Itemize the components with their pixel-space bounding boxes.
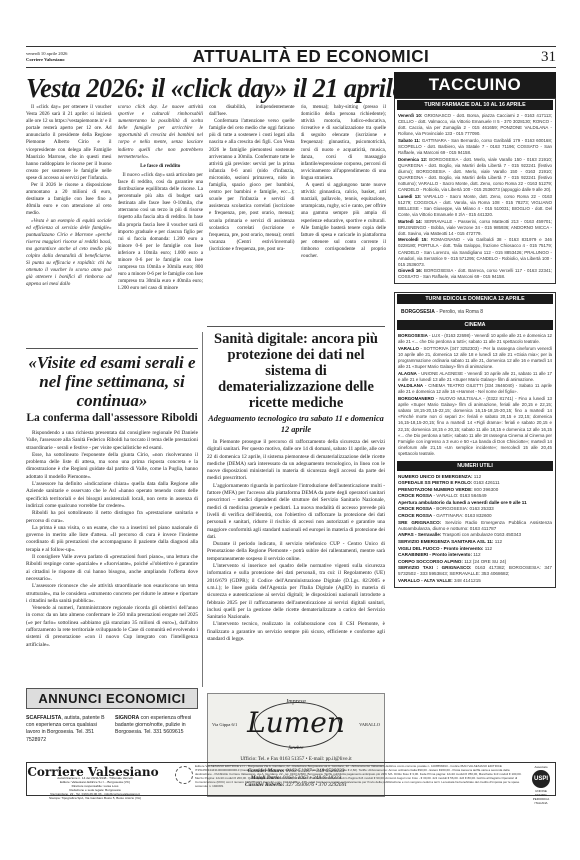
paragraph: Il nuovo «click day» sarà articolato per…: [118, 172, 204, 289]
paper-name: Corriere Valsesiano: [26, 57, 65, 62]
postage-seal-icon: [175, 766, 193, 784]
taccuino-sidebar: TACCUINO TURNI FARMACIE DAL 10 AL 16 APR…: [394, 72, 556, 588]
farmacie-box: TURNI FARMACIE DAL 10 AL 16 APRILE Vener…: [394, 98, 556, 284]
numero-label: SERVIZIO EMERGENZA SANITARIA ASL 11:: [398, 539, 493, 544]
cinema-town: VARALLO: [398, 346, 419, 351]
cinema-town: BORGOMANERO: [398, 396, 434, 401]
column-divider: [202, 332, 203, 687]
edicola-town: BORGOSESIA: [401, 309, 435, 315]
numero-value: - GATTINARA: 0163 832600: [432, 513, 491, 518]
day-label: Mercoledì 15:: [398, 237, 428, 242]
numero-value: 348 4141215: [453, 578, 481, 583]
numero-label: CARABINIERI - Pronto intervento:: [398, 552, 472, 557]
article-riboldi-subheadline: La conferma dall'assessore Riboldi: [26, 412, 198, 424]
ad-keyword: SCAFFALISTA: [26, 715, 61, 721]
edicola-text: - Perolio, via Roma 8: [435, 309, 483, 315]
paragraph: Durante il periodo indicato, il servizio…: [207, 541, 385, 563]
day-label: Martedì 14:: [398, 219, 422, 224]
numero-entry: Apertura ambulatorio da lunedì a venerdì…: [398, 500, 552, 506]
edicole-cinema-numeri-box: TURNI EDICOLE DOMENICA 12 APRILE BORGOSE…: [394, 292, 556, 588]
paragraph: Confermata l'attenzione verso quelle fam…: [209, 118, 295, 253]
annunci-list: SCAFFALISTA, autista, patente B con espe…: [26, 715, 198, 744]
numero-entry: NUMERO UNICO DI EMERGENZA: 112: [398, 474, 552, 480]
numero-value: 112: [493, 539, 502, 544]
badge-caption: UNIONE STAMPA PERIODICA ITALIANA: [530, 789, 552, 805]
farmacia-day: Giovedì 16: BORGOSESIA - dott. Barreca, …: [398, 268, 552, 280]
numero-label: SRE GRIGNASCO:: [398, 520, 441, 525]
annunci-economici: ANNUNCI ECONOMICI SCAFFALISTA, autista, …: [26, 688, 198, 744]
numero-label: CORPO SOCCORSO ALPINO:: [398, 559, 463, 564]
classified-ad: SIGNORA con esperienza offresi badante g…: [115, 715, 198, 744]
numero-entry: CROCE ROSSA - GATTINARA: 0163 832600: [398, 513, 552, 519]
day-text: GRIGNASCO - dott. Borsa, piazza Cacciami…: [398, 113, 552, 136]
numero-entry: ANPAS - Serravalle: Trasporti con ambula…: [398, 532, 552, 538]
numero-entry: PRENOTAZIONI NUMERO VERDE: 800 396300: [398, 487, 552, 493]
numero-label: NUMERO UNICO DI EMERGENZA:: [398, 474, 473, 479]
numero-value: Trasporti con ambulanze 0163 450343: [441, 532, 521, 537]
paragraph: In Piemonte prosegue il percorso di raff…: [207, 439, 385, 483]
numero-label: SERVIZIO TAXI : GRIGNASCO:: [398, 565, 471, 570]
numero-entry: SRE GRIGNASCO: Servizio Radio Emergenza …: [398, 520, 552, 532]
divider: [26, 348, 198, 349]
farmacia-day: Martedì 14: SERRAVALLE - Passerini, cors…: [398, 219, 552, 237]
numero-value: 800 396300: [473, 487, 499, 492]
article-sanita-headline: Sanità digitale: ancora più protezione d…: [207, 331, 385, 411]
cinema-town: VALDILANA: [398, 383, 423, 388]
cinema-town: ALAGNA: [398, 371, 417, 376]
article-vesta-col-1: Il «click day» per ottenere il voucher V…: [26, 104, 112, 289]
day-label: Lunedì 13:: [398, 194, 421, 199]
numero-entry: VARALLO - ALTA VALLE: 348 4141215: [398, 578, 552, 584]
uspi-logo-icon: USPI: [532, 770, 550, 788]
paragraph: Riboldi ha poi sottolineato il netto dis…: [26, 510, 198, 525]
page-masthead: venerdì 10 aprile 2026 Corriere Valsesia…: [26, 46, 556, 68]
numero-value: 0163 426111: [472, 480, 499, 485]
article-sanita-subheadline: Adeguamento tecnologico tra sabato 11 e …: [207, 413, 385, 435]
article-sanita-digitale: Sanità digitale: ancora più protezione d…: [207, 260, 385, 797]
farmacia-day: Venerdì 10: GRIGNASCO - dott. Borsa, pia…: [398, 113, 552, 137]
numero-label: ANPAS - Serravalle:: [398, 532, 441, 537]
numero-label: CROCE ROSSA: [398, 506, 432, 511]
paragraph: con disabilità, indipendentemente dall'I…: [209, 104, 295, 118]
numero-value: 112 (24 ORE SU 24): [463, 559, 506, 564]
paragraph: Il consigliere Valle aveva parlato di «p…: [26, 554, 198, 583]
article-riboldi: «Visite ed esami serali e nel fine setti…: [26, 342, 198, 695]
legal-notice: Editore VALSESIANO EDITRICE s.r.l. - Bor…: [195, 765, 525, 788]
article-sanita-body: In Piemonte prosegue il percorso di raff…: [207, 439, 385, 687]
divider: [207, 326, 385, 327]
numero-entry: SERVIZIO EMERGENZA SANITARIA ASL 11: 112: [398, 539, 552, 545]
page-number: 31: [526, 49, 556, 66]
cinema-entry: BORGOMANERO - NUOVO MULTISALA - (0322 81…: [398, 396, 552, 457]
top-margin: [0, 0, 580, 44]
paragraph: L'intervento si inserisce nel quadro del…: [207, 563, 385, 621]
farmacie-heading: TURNI FARMACIE DAL 10 AL 16 APRILE: [397, 100, 553, 110]
farmacie-list: Venerdì 10: GRIGNASCO - dott. Borsa, pia…: [395, 111, 555, 283]
article-vesta-subheading: Le fasce di reddito: [118, 163, 204, 170]
paragraph: A questi si aggiungono tante nuove attiv…: [301, 182, 387, 260]
paragraph: L'assessore riconosce che «le attività s…: [26, 583, 198, 605]
paragraph: Venendo ai numeri, l'amministratore regi…: [26, 605, 198, 649]
numero-entry: OSPEDALE SS PIETRO E PAOLO: 0163 426111: [398, 480, 552, 486]
imprint-line: Stampa: Tipografica SpA, Via Gambaro Bus…: [29, 797, 161, 801]
cinema-text: - NUOVO MULTISALA - (0322 81741) - Fino …: [398, 396, 552, 456]
numero-label: PRENOTAZIONI NUMERO VERDE:: [398, 487, 473, 492]
numero-entry: VIGILI DEL FUOCO - Pronto intervento: 11…: [398, 546, 552, 552]
cinema-entry: ALAGNA - UNIONE ALAGNESE - Venerdì 10 ap…: [398, 371, 552, 383]
day-text: BORGOSESIA - dott. Barreca, corso Vercel…: [398, 268, 552, 279]
numeri-list: NUMERO UNICO DI EMERGENZA: 112 OSPEDALE …: [395, 472, 555, 587]
paragraph: Il «click day» per ottenere il voucher V…: [26, 104, 112, 182]
numeri-heading: NUMERI UTILI: [397, 461, 553, 471]
farmacia-day: Mercoledì 15: ROMAGNANO - via Garibaldi …: [398, 237, 552, 267]
numero-value: - BORGOSESIA: 0163 25333: [432, 506, 494, 511]
article-riboldi-body: Rispondendo a una richiesta presentata d…: [26, 430, 198, 695]
classified-ad: SCAFFALISTA, autista, patente B con espe…: [26, 715, 109, 744]
section-title: ATTUALITÀ ED ECONOMICI: [96, 47, 526, 68]
paragraph: Esse, ha sottolineato l'esponente della …: [26, 452, 198, 481]
cinema-entry: VALDILANA - CINEMA TEATRO GILETTI (334 3…: [398, 383, 552, 395]
article-riboldi-headline: «Visite ed esami serali e nel fine setti…: [26, 353, 198, 410]
day-label: Giovedì 16:: [398, 268, 422, 273]
numero-label: OSPEDALE SS PIETRO E PAOLO:: [398, 480, 472, 485]
cinema-heading: CINEMA: [397, 320, 553, 330]
paragraph: L'aggiornamento riguarda in particolare …: [207, 483, 385, 541]
numero-label: CROCE ROSSA: [398, 513, 432, 518]
numero-value: 112: [473, 474, 482, 479]
uspi-badge: Associato USPI UNIONE STAMPA PERIODICA I…: [530, 765, 552, 805]
ad-address: Via Gippa 6/1: [212, 722, 237, 727]
paragraph: L'assessore ha definito «indicazione chi…: [26, 481, 198, 510]
numero-entry: SERVIZIO TAXI : GRIGNASCO: 0163 417382; …: [398, 565, 552, 577]
numero-value: - VARALLO: 0163 564549: [432, 493, 486, 498]
cinema-entry: VARALLO - SOTTORIVA (347 3252303) - Per …: [398, 346, 552, 370]
farmacia-day: Sabato 11: GATTINARA - San Bernardo, cor…: [398, 138, 552, 156]
ad-city: VARALLO: [359, 722, 380, 727]
day-text: BORGOSESIA - dott. Merlo, viale Varallo …: [398, 157, 552, 192]
ad-funebre-label: funebre: [208, 746, 384, 751]
taccuino-title: TACCUINO: [394, 72, 556, 98]
edicole-heading: TURNI EDICOLE DOMENICA 12 APRILE: [397, 294, 553, 304]
ad-keyword: SIGNORA: [115, 715, 139, 721]
numero-entry: CORPO SOCCORSO ALPINO: 112 (24 ORE SU 24…: [398, 559, 552, 565]
farmacia-day: Domenica 12: BORGOSESIA - dott. Merlo, v…: [398, 157, 552, 194]
farmacia-day: Lunedì 13: VARALLO - Sacro Monte, dott. …: [398, 194, 552, 218]
article-vesta-col-2: scorso click day. Le nuove attività spor…: [118, 104, 204, 289]
paragraph: «Vesta è un esempio di equità sociale ed…: [26, 218, 112, 289]
cinema-text: - SOTTORIVA (347 3252303) - Per la rasse…: [398, 346, 552, 369]
day-label: Sabato 11:: [398, 138, 420, 143]
day-text: VARALLO - Sacro Monte, dott. Zeno, corso…: [398, 194, 552, 217]
cinema-entry: BORGOSESIA - LUX - (0163 22698) - Venerd…: [398, 333, 552, 345]
day-text: GATTINARA - San Bernardo, corso Garibald…: [398, 138, 552, 155]
paragraph: scorso click day. Le nuove attività spor…: [118, 104, 204, 161]
paragraph: Per il 2026 le risorse a disposizione am…: [26, 182, 112, 217]
numero-entry: CARABINIERI - Pronto intervento: 112: [398, 552, 552, 558]
paragraph: L'intervento tecnico, realizzato in coll…: [207, 621, 385, 643]
cinema-list: BORGOSESIA - LUX - (0163 22698) - Venerd…: [395, 331, 555, 459]
numero-value: 112: [483, 546, 492, 551]
numero-label: VIGILI DEL FUOCO - Pronto intervento:: [398, 546, 483, 551]
imprint-block: Autorizzazione n. 14 del 20/11/1948 - Tr…: [29, 777, 161, 800]
main-articles-area: Vesta 2026: il «click day» il 21 aprile …: [26, 72, 386, 289]
edicole-entry: BORGOSESIA - Perolio, via Roma 8: [395, 305, 555, 319]
masthead-date-block: venerdì 10 aprile 2026 Corriere Valsesia…: [26, 51, 96, 63]
numero-label: VARALLO - ALTA VALLE:: [398, 578, 453, 583]
article-vesta-headline: Vesta 2026: il «click day» il 21 aprile: [26, 72, 375, 104]
day-label: Domenica 12:: [398, 157, 427, 162]
paragraph: La prima è una visita, o un esame, che v…: [26, 525, 198, 554]
cinema-text: - UNIONE ALAGNESE - Venerdì 10 aprile al…: [398, 371, 552, 382]
annunci-title: ANNUNCI ECONOMICI: [26, 688, 198, 709]
numero-label: CROCE ROSSA: [398, 493, 432, 498]
paragraph: rio, mensa); baby-sitting (presso il dom…: [301, 104, 387, 182]
paragraph: Rispondendo a una richiesta presentata d…: [26, 430, 198, 452]
numero-value: 112: [472, 552, 481, 557]
day-text: SERRAVALLE - Passerini, corso Matteotti …: [398, 219, 552, 236]
badge-caption: Associato: [530, 765, 552, 769]
day-label: Venerdì 10:: [398, 113, 422, 118]
numero-entry: CROCE ROSSA - VARALLO: 0163 564549: [398, 493, 552, 499]
cinema-town: BORGOSESIA: [398, 333, 428, 338]
numero-label: Apertura ambulatorio da lunedì a venerdì…: [398, 500, 527, 505]
colophon: Corriere Valsesiano Autorizzazione n. 14…: [26, 762, 556, 796]
numero-entry: CROCE ROSSA - BORGOSESIA: 0163 25333: [398, 506, 552, 512]
